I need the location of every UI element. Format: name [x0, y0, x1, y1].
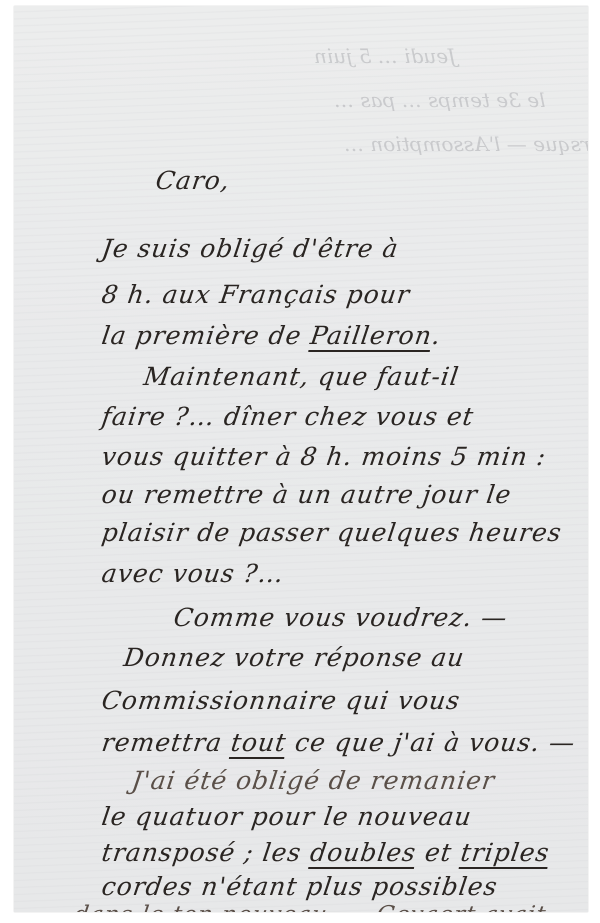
- text-segment: remettra: [100, 728, 233, 757]
- letter-line: 8 h. aux Français pour: [100, 280, 412, 309]
- letter-line: Maintenant, que faut-il: [142, 362, 461, 391]
- bleed-through-line: lorsque — l'Assomption …: [344, 132, 588, 156]
- text-segment: ce que j'ai à vous. —: [284, 728, 577, 757]
- underlined-word: doubles: [308, 838, 418, 867]
- letter-line: faire ?… dîner chez vous et: [100, 402, 476, 431]
- letter-line: Comme vous voudrez. —: [172, 603, 510, 632]
- letter-line: avec vous ?…: [100, 559, 286, 588]
- underlined-word: triples: [459, 838, 552, 867]
- letter-line: remettra tout ce que j'ai à vous. —: [100, 728, 577, 757]
- underlined-name: Pailleron: [308, 321, 434, 350]
- letter-line: Je suis obligé d'être à: [100, 234, 401, 263]
- letter-line: transposé ; les doubles et triples: [100, 838, 552, 867]
- text-segment: et: [414, 838, 463, 867]
- salutation: Caro,: [154, 166, 232, 195]
- letter-line: vous quitter à 8 h. moins 5 min :: [100, 442, 548, 471]
- letter-line: Commissionnaire qui vous: [100, 686, 462, 715]
- letter-line: cordes n'étant plus possibles: [100, 872, 500, 901]
- letter-line: le quatuor pour le nouveau: [100, 802, 474, 831]
- underlined-word: tout: [229, 728, 288, 757]
- letter-line: plaisir de passer quelques heures: [100, 518, 564, 547]
- letter-page: Jeudi … 5 juin le 3e temps … pas … lorsq…: [14, 6, 588, 912]
- bleed-through-line: le 3e temps … pas …: [334, 88, 545, 112]
- text-segment: la première de: [100, 321, 313, 350]
- letter-line: ou remettre à un autre jour le: [100, 480, 514, 509]
- letter-line: J'ai été obligé de remanier: [130, 766, 497, 795]
- letter-line: dans le ton nouveau. — Gevaert avait: [72, 902, 548, 912]
- bleed-through-line: Jeudi … 5 juin: [314, 44, 456, 68]
- letter-line: Donnez votre réponse au: [122, 643, 467, 672]
- text-segment: transposé ; les: [100, 838, 312, 867]
- letter-line: la première de Pailleron.: [100, 321, 443, 350]
